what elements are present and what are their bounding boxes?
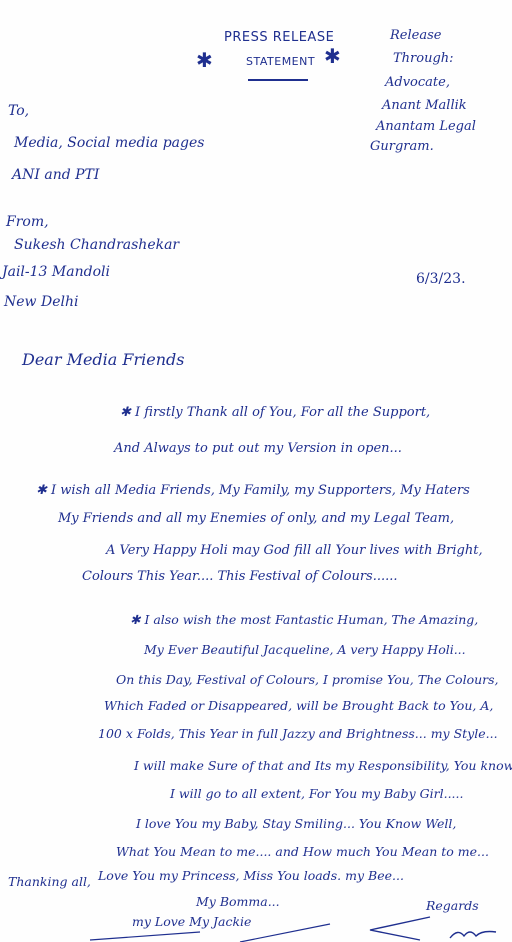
from-label: From, [6,215,49,229]
body-line: Which Faded or Disappeared, will be Brou… [104,700,493,713]
regards: Regards [426,900,479,913]
flourish-icon [80,920,340,942]
sender-line: Sukesh Chandrashekar [14,238,179,252]
signature-icon [360,912,500,942]
body-line: My Friends and all my Enemies of only, a… [58,512,454,525]
release-through-line: Anantam Legal [376,120,476,133]
title-press-release: PRESS RELEASE [224,31,334,44]
body-line: My Ever Beautiful Jacqueline, A very Hap… [144,644,466,657]
title-statement: STATEMENT [246,56,315,67]
release-through-line: Advocate, [385,76,450,89]
recipient-line: Media, Social media pages [14,136,204,150]
body-line: And Always to put out my Version in open… [114,442,402,455]
title-underline [248,79,308,81]
to-label: To, [8,104,29,118]
body-line: 100 x Folds, This Year in full Jazzy and… [98,728,498,741]
asterisk-icon: ✱ [196,50,213,70]
handwritten-letter-page: ✱ PRESS RELEASE STATEMENT ✱ Release Thro… [0,0,512,942]
recipient-line: ANI and PTI [12,168,99,182]
body-line: A Very Happy Holi may God fill all Your … [106,544,483,557]
sender-line: New Delhi [4,295,78,309]
body-line: I will make Sure of that and Its my Resp… [134,760,512,773]
letter-date: 6/3/23. [416,272,466,286]
body-line: Colours This Year.... This Festival of C… [82,570,398,583]
body-line: What You Mean to me.... and How much You… [116,846,489,859]
body-line: On this Day, Festival of Colours, I prom… [116,674,499,687]
body-line: My Bomma... [196,896,280,909]
body-line: ✱ I wish all Media Friends, My Family, m… [36,484,470,497]
body-line: I love You my Baby, Stay Smiling... You … [136,818,456,831]
sender-line: Jail-13 Mandoli [2,265,110,279]
body-line: ✱ I firstly Thank all of You, For all th… [120,406,430,419]
release-through-line: Through: [393,52,454,65]
release-through-line: Release [390,29,441,42]
asterisk-icon: ✱ [324,46,341,66]
body-line: ✱ I also wish the most Fantastic Human, … [130,614,478,627]
release-through-line: Anant Mallik [382,99,467,112]
salutation: Dear Media Friends [22,352,185,368]
body-line: Love You my Princess, Miss You loads. my… [98,870,404,883]
release-through-line: Gurgram. [370,140,434,153]
body-line: I will go to all extent, For You my Baby… [170,788,463,801]
thanking-all: Thanking all, [8,876,91,889]
